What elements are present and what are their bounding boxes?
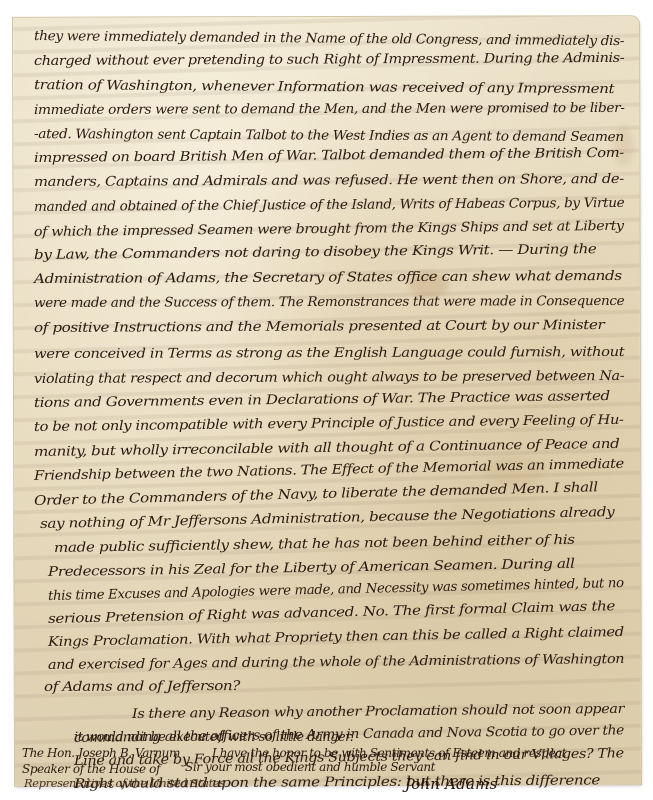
body-line: Administration of Adams, the Secretary o… [34,269,622,287]
body-line: -ated. Washington sent Captain Talbot to… [34,127,624,145]
body-line: immediate orders were sent to demand the… [34,101,625,118]
valediction-line: Sir your most obedient and humble Servan… [185,760,435,774]
body-line: were made and the Success of them. The R… [34,294,624,311]
addressee-line: The Hon. Joseph B. Varnum [22,746,180,760]
valediction-line: I have the honor to be with Sentiments o… [212,746,566,760]
addressee-line: Speaker of the House of [22,762,160,776]
body-line: violating that respect and decorum which… [34,369,624,387]
body-line: manders, Captains and Admirals and was r… [34,172,624,190]
body-line: of positive Instructions and the Memoria… [34,318,604,336]
body-line: of Adams and of Jefferson? [44,679,240,695]
signature: John Adams [405,775,497,793]
body-line: were conceived in Terms as strong as the… [34,345,624,362]
paragraph-2-final-line: it would not be executed with so little … [74,730,353,745]
addressee-line: Representatives of the United States [24,776,225,790]
body-line: charged without ever pretending to such … [34,51,624,69]
